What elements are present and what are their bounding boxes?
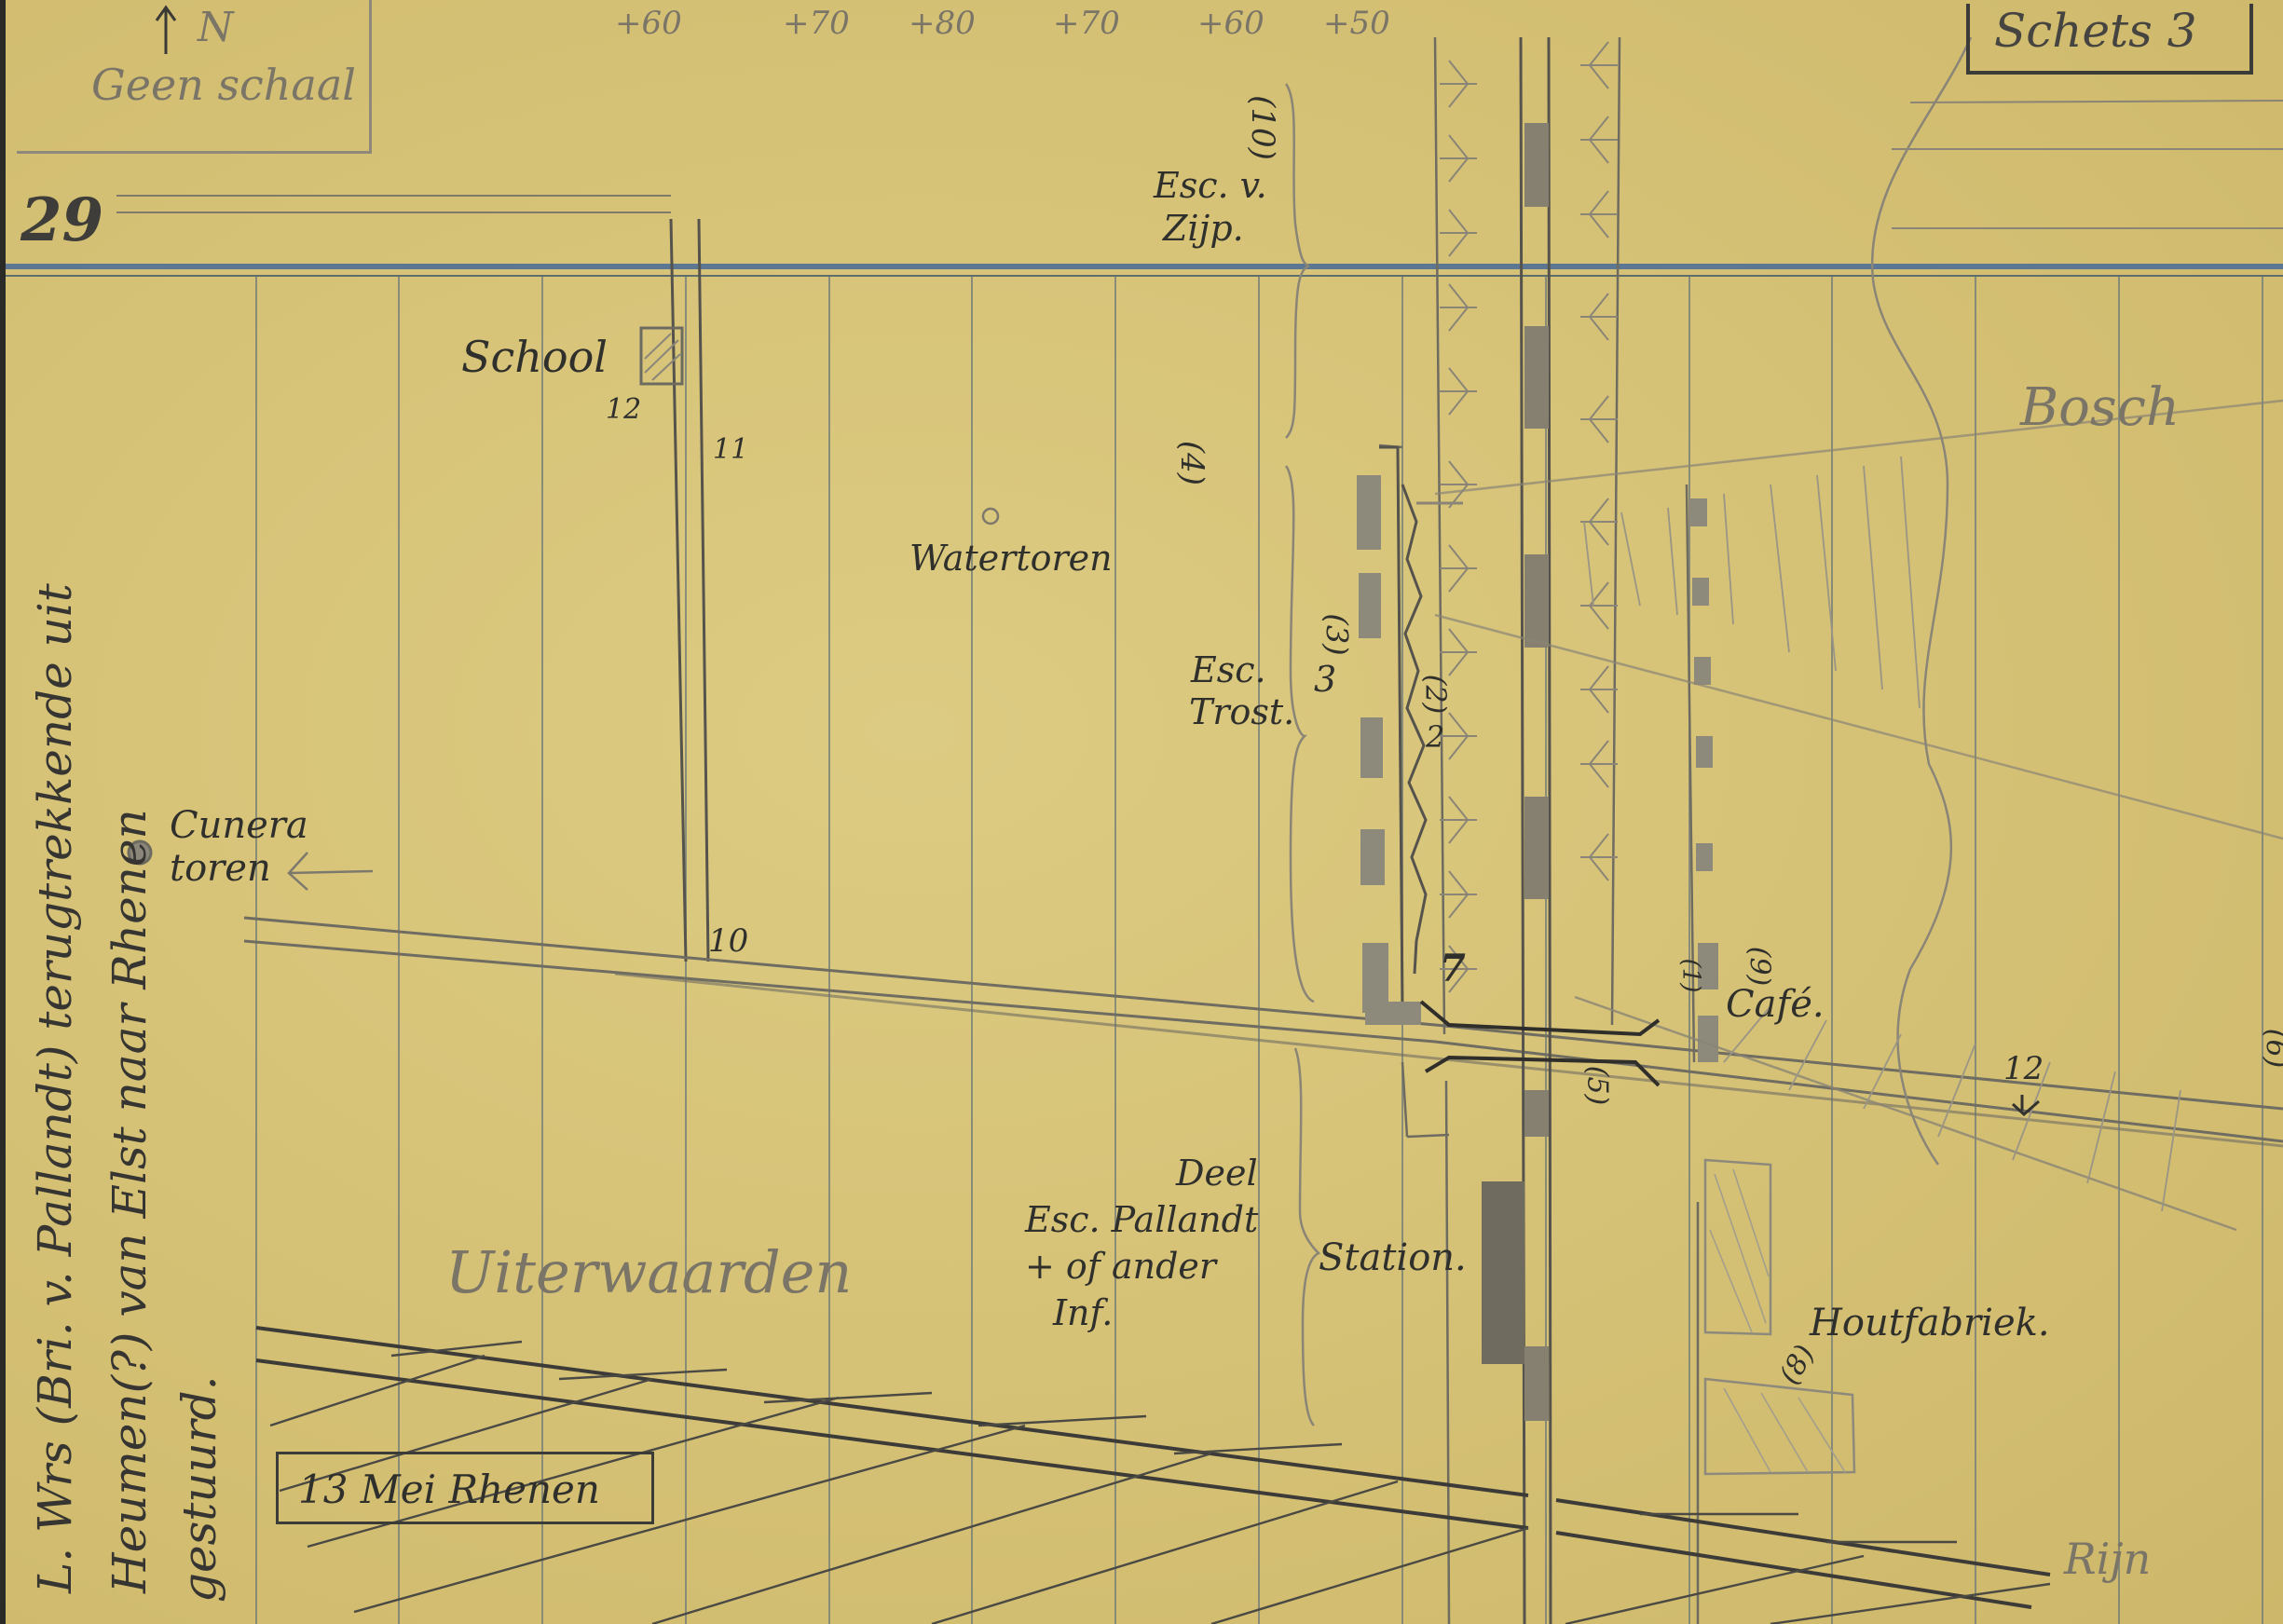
- east-road: [1612, 37, 1694, 1062]
- marker-2-paren: (2): [1420, 675, 1448, 715]
- tree-row-west: [1440, 61, 1477, 992]
- elevation-label: +50: [1323, 7, 1390, 39]
- place-rijn: Rijn: [2064, 1537, 2151, 1580]
- main-road: [244, 918, 2283, 1146]
- marker-2: 2: [1426, 722, 1444, 752]
- place-cafe: Café.: [1726, 986, 1825, 1023]
- page-number: 29: [21, 191, 103, 251]
- place-houtfabriek: Houtfabriek.: [1810, 1304, 2050, 1342]
- watertoren-symbol: [983, 509, 998, 524]
- sheet-title: Schets 3: [1994, 7, 2197, 54]
- place-cunera-toren-line1: Cunera: [170, 807, 308, 844]
- marker-1-paren: (1): [1678, 959, 1702, 993]
- north-label: N: [198, 7, 234, 48]
- forest-hatching: [1584, 457, 2180, 1211]
- unit-esc-trost-line1: Esc.: [1191, 652, 1266, 688]
- unit-deel-pallandt-line1: Deel: [1176, 1155, 1258, 1191]
- place-station: Station.: [1319, 1239, 1467, 1276]
- date-label: 13 Mei Rhenen: [298, 1470, 600, 1509]
- ruled-grid: [256, 275, 2262, 1624]
- place-cunera-toren-line2: toren: [170, 850, 271, 887]
- marker-12-left: 12: [606, 396, 641, 424]
- elevation-label: +60: [615, 7, 682, 39]
- cunera-arrow: [289, 853, 373, 890]
- marker-4-paren: (4): [1176, 441, 1208, 485]
- unit-deel-pallandt-line3: + of ander: [1025, 1249, 1216, 1284]
- unit-braces: [1286, 84, 1319, 1426]
- side-note-line-3: gestuurd.: [172, 1375, 226, 1603]
- trost-front: [1379, 447, 1463, 1011]
- side-note-line-2: Heumen(?) van Elst naar Rhenen: [103, 809, 157, 1593]
- elevation-label: +80: [909, 7, 976, 39]
- scale-note: Geen schaal: [91, 63, 356, 106]
- sketch-map-sheet: N Geen schaal 29 +60 +70 +80 +70 +60 +50…: [0, 0, 2283, 1624]
- marker-7: 7: [1440, 950, 1466, 988]
- unit-esc-v-zijp-line2: Zijp.: [1163, 211, 1244, 246]
- forest-edge: [1435, 37, 2283, 1230]
- place-school: School: [461, 335, 608, 378]
- marker-5-paren: (5): [1582, 1066, 1610, 1106]
- place-watertoren: Watertoren: [909, 540, 1113, 576]
- marker-11: 11: [713, 436, 748, 464]
- unit-esc-v-zijp-line1: Esc. v.: [1154, 168, 1267, 203]
- marker-6-paren: (6): [2261, 1029, 2283, 1069]
- marker-12-right: 12: [2003, 1053, 2044, 1085]
- elevation-label: +70: [1053, 7, 1120, 39]
- elevation-label: +70: [783, 7, 850, 39]
- marker-10-paren: (10): [1247, 95, 1278, 160]
- place-uiterwaarden: Uiterwaarden: [445, 1244, 852, 1302]
- unit-deel-pallandt-line2: Esc. Pallandt: [1025, 1202, 1258, 1237]
- side-note-line-1: L. Wrs (Bri. v. Pallandt) terugtrekkende…: [28, 583, 82, 1593]
- place-bosch: Bosch: [2020, 382, 2180, 434]
- map-drawing: [0, 0, 2283, 1624]
- tree-row-east: [1580, 42, 1618, 880]
- houtfabriek-buildings: [1698, 1160, 1854, 1624]
- header-rule: [0, 266, 2283, 276]
- station-building: [1482, 1181, 1524, 1364]
- marker-3: 3: [1314, 662, 1336, 697]
- school-street: [671, 219, 708, 962]
- unit-deel-pallandt-line4: Inf.: [1053, 1295, 1113, 1331]
- trost-positions: [1357, 475, 1421, 1025]
- marker-9-paren: (9): [1744, 947, 1772, 987]
- elevation-label: +60: [1197, 7, 1265, 39]
- unit-esc-trost-line2: Trost.: [1189, 694, 1294, 730]
- marker-10: 10: [708, 925, 748, 957]
- marker-3-paren: (3): [1322, 613, 1352, 655]
